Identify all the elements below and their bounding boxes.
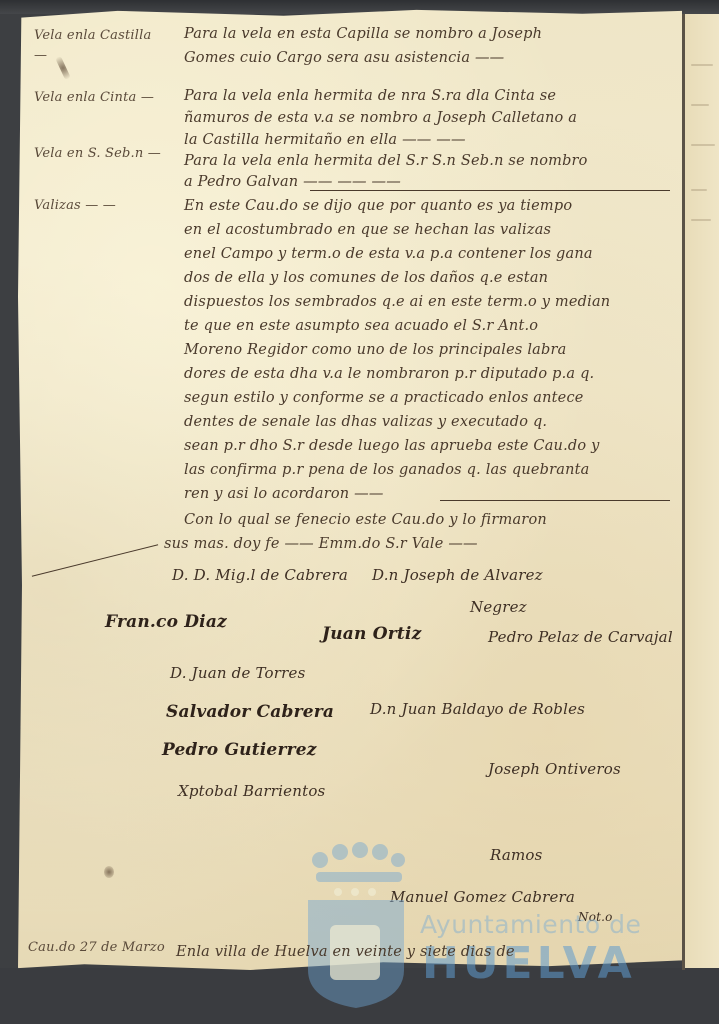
- body-line: sean p.r dho S.r desde luego las aprueba…: [184, 438, 600, 454]
- body-line: Para la vela enla hermita de nra S.ra dl…: [184, 88, 556, 104]
- footer-margin-note: Cau.do 27 de Marzo: [28, 940, 165, 955]
- margin-note-castilla: Vela enla Castilla —: [34, 26, 164, 66]
- body-line: dos de ella y los comunes de los daños q…: [184, 270, 548, 286]
- body-line: la Castilla hermitaño en ella —— ——: [184, 132, 466, 148]
- signature: D.n Joseph de Alvarez: [372, 566, 543, 584]
- signature: Negrez: [470, 598, 527, 616]
- body-line: Moreno Regidor como uno de los principal…: [184, 342, 566, 358]
- body-line: ren y asi lo acordaron ——: [184, 486, 384, 502]
- facing-page-edge: [685, 14, 719, 968]
- body-line: a Pedro Galvan —— —— ——: [184, 174, 401, 190]
- page-fold-line: [682, 14, 685, 970]
- signature: Manuel Gomez Cabrera: [390, 888, 575, 906]
- margin-note-valizas: Valizas — —: [34, 198, 116, 213]
- body-line: sus mas. doy fe —— Emm.do S.r Vale ——: [164, 536, 478, 552]
- signature: D. Juan de Torres: [170, 664, 306, 682]
- body-line: segun estilo y conforme se a practicado …: [184, 390, 584, 406]
- body-line: dentes de senale las dhas valizas y exec…: [184, 414, 547, 430]
- body-line: dispuestos los sembrados q.e ai en este …: [184, 294, 610, 310]
- margin-note-cinta: Vela enla Cinta —: [34, 90, 154, 105]
- body-line: En este Cau.do se dijo que por quanto es…: [184, 198, 572, 214]
- signature: Pedro Pelaz de Carvajal: [488, 628, 673, 646]
- signature: Not.o: [578, 910, 613, 924]
- body-line: Para la vela enla hermita del S.r S.n Se…: [184, 153, 588, 169]
- signature: Pedro Gutierrez: [162, 740, 317, 760]
- margin-note-san-sebastian: Vela en S. Seb.n —: [34, 146, 161, 161]
- signature: Fran.co Diaz: [105, 612, 227, 632]
- scan-background-bottom: [0, 968, 719, 1024]
- body-line: Gomes cuio Cargo sera asu asistencia ——: [184, 50, 504, 66]
- body-line: dores de esta dha v.a le nombraron p.r d…: [184, 366, 594, 382]
- signature: Xptobal Barrientos: [178, 782, 325, 800]
- signature: Salvador Cabrera: [166, 702, 334, 722]
- signature: D. D. Mig.l de Cabrera: [172, 566, 348, 584]
- footer-text: Enla villa de Huelva en veinte y siete d…: [176, 944, 515, 960]
- line-filler-stroke: [440, 500, 670, 501]
- body-line: Para la vela en esta Capilla se nombro a…: [184, 26, 542, 42]
- body-line: Con lo qual se fenecio este Cau.do y lo …: [184, 512, 547, 528]
- body-line: las confirma p.r pena de los ganados q. …: [184, 462, 590, 478]
- line-filler-stroke: [310, 190, 670, 191]
- body-line: enel Campo y term.o de esta v.a p.a cont…: [184, 246, 593, 262]
- body-line: ñamuros de esta v.a se nombro a Joseph C…: [184, 110, 577, 126]
- body-line: te que en este asumpto sea acuado el S.r…: [184, 318, 538, 334]
- ink-stain: [104, 866, 114, 878]
- signature: Joseph Ontiveros: [488, 760, 621, 778]
- signature: D.n Juan Baldayo de Robles: [370, 700, 585, 718]
- body-line: en el acostumbrado en que se hechan las …: [184, 222, 551, 238]
- signature: Juan Ortiz: [322, 624, 421, 644]
- signature: Ramos: [490, 846, 543, 864]
